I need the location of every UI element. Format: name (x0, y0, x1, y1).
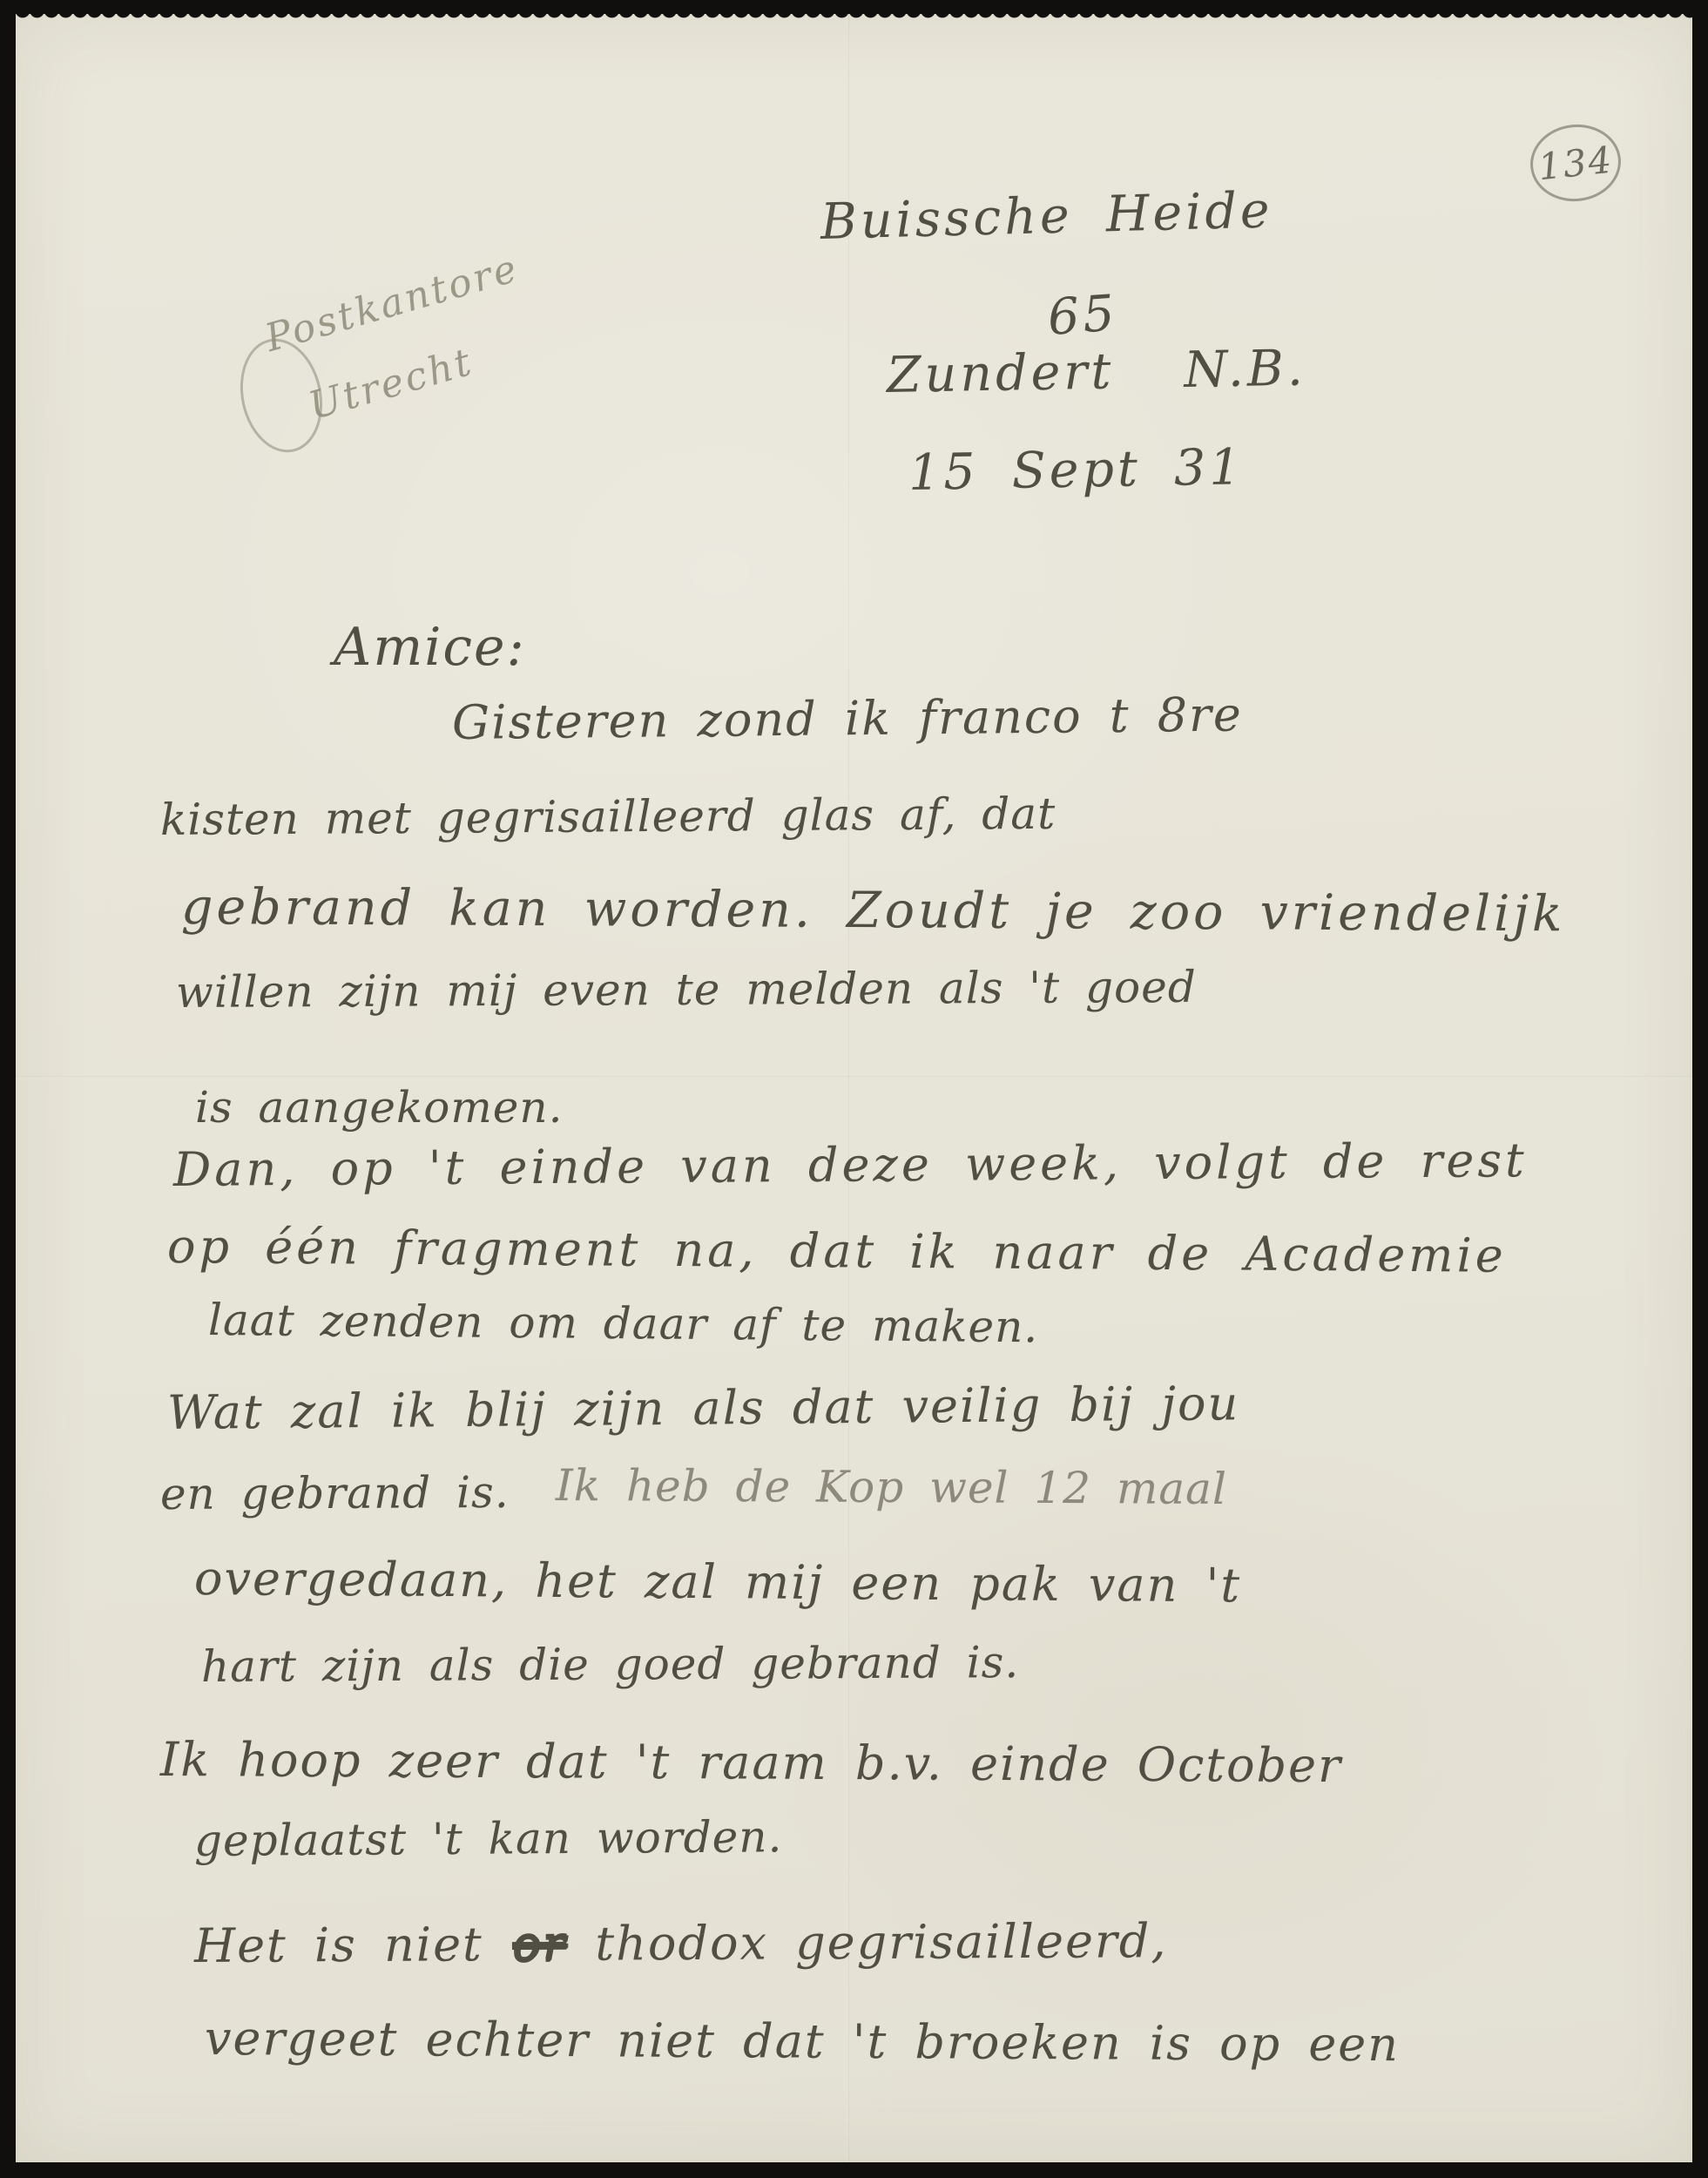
body-line-11b: Ik heb de Kop wel 12 maal (556, 1460, 1227, 1514)
scan-background: { "document_type": "handwritten letter s… (0, 0, 1708, 2178)
pencil-annotation-line2: Utrecht (304, 340, 478, 429)
body-line-10: Wat zal ik blij zijn als dat veilig bij … (167, 1376, 1240, 1440)
body-line-06: is aangekomen. (195, 1082, 563, 1133)
body-line-09: laat zenden om daar af te maken. (208, 1295, 1039, 1352)
page-number-value: 134 (1536, 138, 1616, 188)
body-line-15: geplaatst 't kan worden. (194, 1811, 783, 1866)
horizontal-fold-crease (16, 1076, 1692, 1079)
letter-paper: Postkantore Utrecht 134 Buissche Heide 6… (16, 14, 1692, 2162)
header-address-line1: Buissche Heide (820, 181, 1273, 251)
body-line-03: kisten met gegrisailleerd glas af, dat (160, 788, 1057, 845)
page-number-stamp: 134 (1527, 120, 1625, 206)
body-line-17: vergeet echter niet dat 't broeken is op… (205, 2011, 1400, 2072)
body-line-11a: en gebrand is. (160, 1467, 510, 1519)
body-line-07: Dan, op 't einde van deze week, volgt de… (173, 1133, 1528, 1197)
body-line-16: Het is niet or thodox gegrisailleerd, (194, 1913, 1168, 1973)
body-line-13: hart zijn als die goed gebrand is. (201, 1637, 1020, 1692)
body-line-16-scribbled-word: or (512, 1917, 567, 1972)
body-line-14: Ik hoop zeer dat 't raam b.v. einde Octo… (160, 1732, 1342, 1793)
body-line-12: overgedaan, het zal mij een pak van 't (194, 1551, 1242, 1613)
header-address-line3: Zundert N.B. (886, 340, 1306, 404)
body-line-16-post: thodox gegrisailleerd, (595, 1913, 1167, 1971)
header-address-line2: 65 (1046, 284, 1120, 346)
body-line-16-pre: Het is niet (194, 1917, 483, 1973)
body-line-08: op één fragment na, dat ik naar de Acade… (167, 1219, 1507, 1283)
salutation: Amice: (334, 617, 526, 678)
header-date-line: 15 Sept 31 (908, 438, 1245, 502)
body-line-02: Gisteren zond ik franco t 8re (452, 687, 1243, 750)
perforated-top-edge (16, 13, 1692, 29)
body-line-04: gebrand kan worden. Zoudt je zoo vriende… (181, 878, 1566, 943)
body-line-05: willen zijn mij even te melden als 't go… (176, 962, 1197, 1018)
vertical-fold-crease (847, 14, 849, 2162)
pencil-annotation-line1: Postkantore (260, 246, 523, 361)
